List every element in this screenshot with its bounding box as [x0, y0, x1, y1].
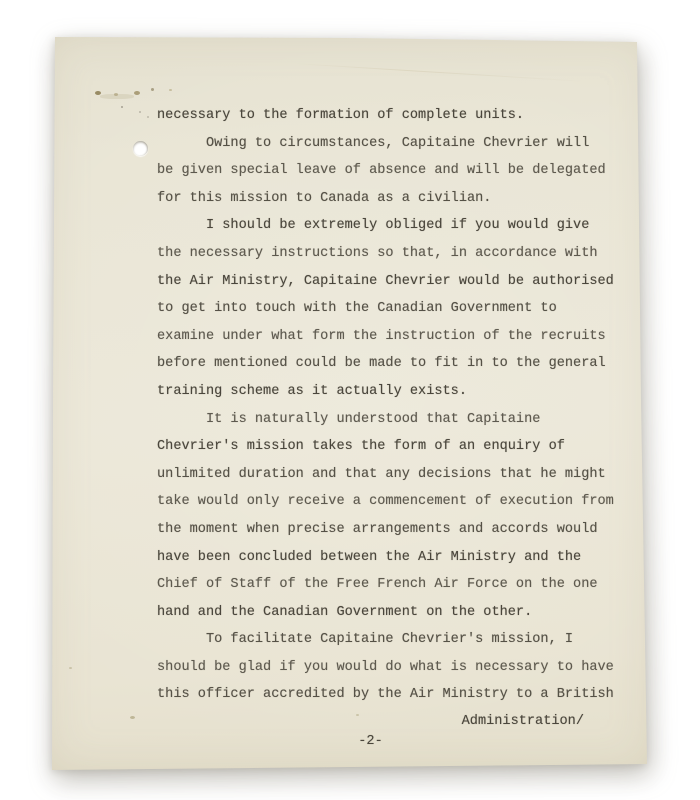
text-line: take would only receive a commencement o…: [157, 488, 584, 516]
text-line: to get into touch with the Canadian Gove…: [157, 295, 584, 323]
text-line: be given special leave of absence and wi…: [157, 157, 584, 185]
text-line: necessary to the formation of complete u…: [157, 102, 584, 130]
text-line: this officer accredited by the Air Minis…: [157, 681, 584, 709]
text-line: for this mission to Canada as a civilian…: [157, 185, 584, 213]
scanned-letter: necessary to the formation of complete u…: [0, 0, 700, 800]
text-line: Chevrier's mission takes the form of an …: [157, 433, 584, 461]
stain-speck: [95, 91, 101, 95]
stain-speck: [130, 716, 135, 719]
crease-line: [295, 63, 585, 82]
text-line: have been concluded between the Air Mini…: [157, 544, 584, 572]
text-line: I should be extremely obliged if you wou…: [157, 212, 584, 240]
stain-speck: [169, 89, 172, 91]
stain-speck: [121, 106, 123, 108]
text-line: examine under what form the instruction …: [157, 323, 584, 351]
text-line: Owing to circumstances, Capitaine Chevri…: [157, 130, 584, 158]
page-number: -2-: [157, 733, 584, 751]
text-line: To facilitate Capitaine Chevrier's missi…: [157, 626, 584, 654]
stain-speck: [139, 111, 141, 113]
text-line: training scheme as it actually exists.: [157, 378, 584, 406]
text-line: the necessary instructions so that, in a…: [157, 240, 584, 268]
text-line: before mentioned could be made to fit in…: [157, 350, 584, 378]
letter-body: necessary to the formation of complete u…: [157, 102, 584, 751]
page-shadow: necessary to the formation of complete u…: [0, 0, 700, 800]
text-line: should be glad if you would do what is n…: [157, 654, 584, 682]
text-line: It is naturally understood that Capitain…: [157, 406, 584, 434]
stain-speck: [114, 93, 118, 96]
stain-speck: [151, 88, 154, 91]
catchword: Administration/: [157, 709, 584, 734]
text-line: unlimited duration and that any decision…: [157, 461, 584, 489]
punch-hole: [133, 141, 148, 156]
text-line: hand and the Canadian Government on the …: [157, 599, 584, 627]
text-line: the Air Ministry, Capitaine Chevrier wou…: [157, 268, 584, 296]
text-line: Chief of Staff of the Free French Air Fo…: [157, 571, 584, 599]
stain-speck: [147, 116, 149, 118]
stain-speck: [69, 667, 72, 669]
text-line: the moment when precise arrangements and…: [157, 516, 584, 544]
stain-speck: [134, 91, 140, 95]
body-lines: necessary to the formation of complete u…: [157, 102, 584, 709]
document-page: necessary to the formation of complete u…: [45, 30, 655, 775]
